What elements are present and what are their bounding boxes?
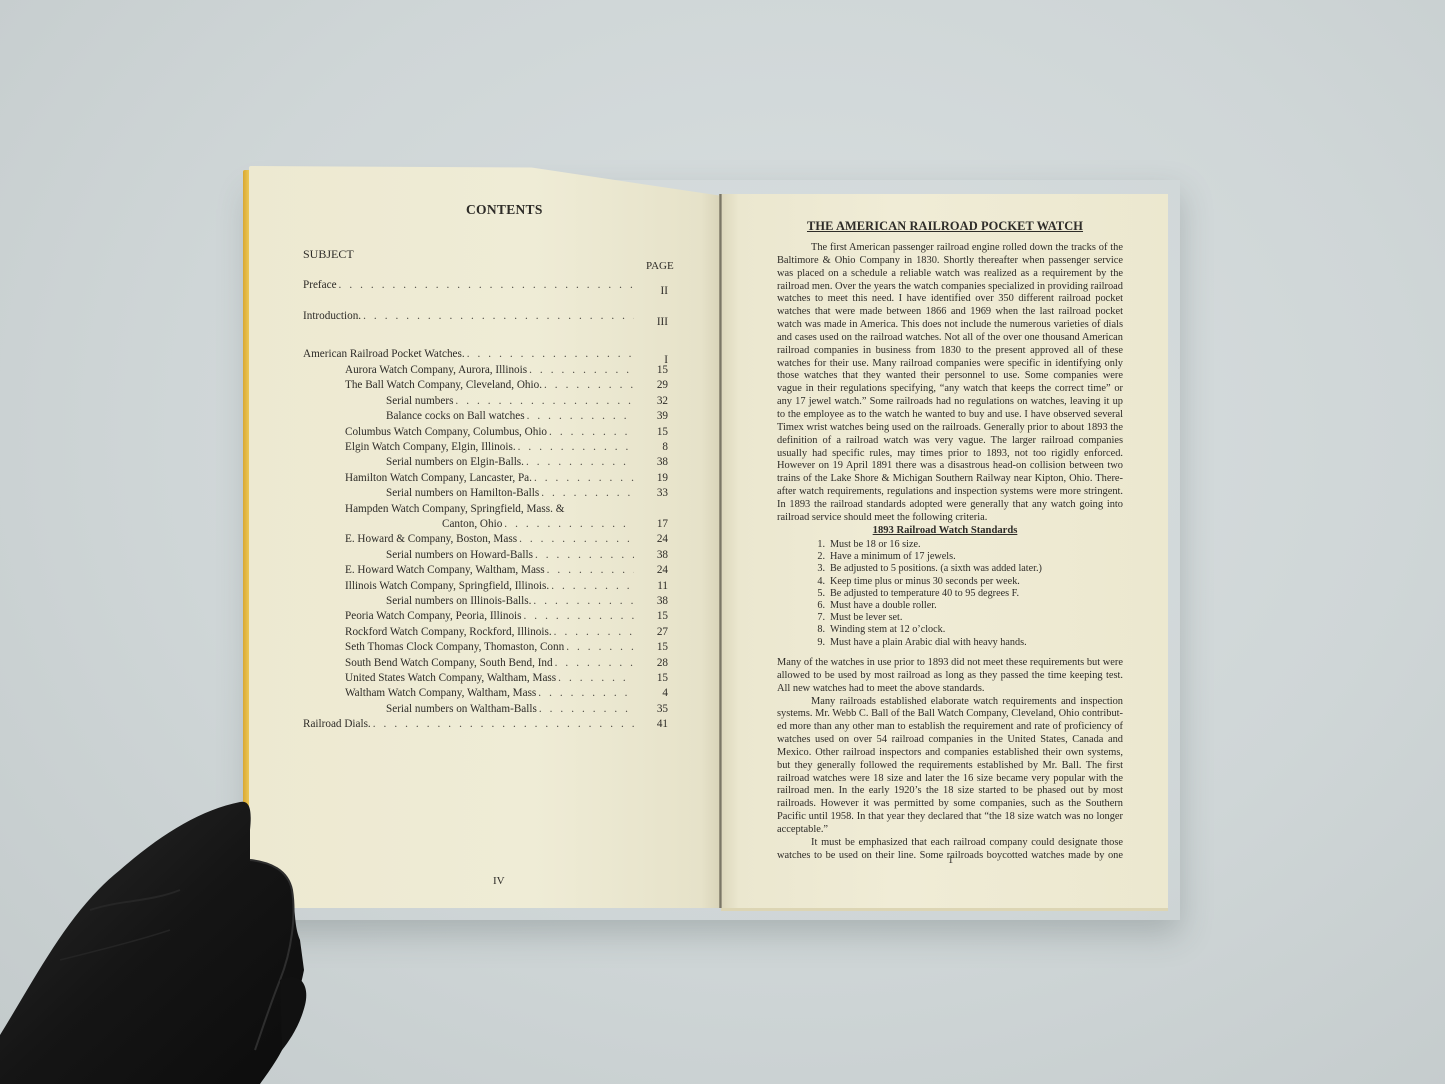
toc-entry-label: Introduction. xyxy=(303,310,361,323)
toc-entry: Serial numbers on Waltham-Balls . . . . … xyxy=(386,703,634,716)
toc-leader-dots: . . . . . . . . . . . . . . . . . . . . … xyxy=(534,472,634,485)
toc-entry: Serial numbers on Howard-Balls . . . . .… xyxy=(386,549,634,562)
toc-entry-page: 15 xyxy=(638,364,668,377)
toc-entry-page: 15 xyxy=(638,426,668,439)
toc-entry: Serial numbers on Illinois-Balls. . . . … xyxy=(386,595,634,608)
toc-entry: American Railroad Pocket Watches. . . . … xyxy=(303,348,634,361)
subject-column-header: SUBJECT xyxy=(303,247,354,262)
toc-entry-label: Rockford Watch Company, Rockford, Illino… xyxy=(345,626,552,639)
toc-entry-label: Aurora Watch Company, Aurora, Illinois xyxy=(345,364,527,377)
toc-entry-page: 8 xyxy=(638,441,668,454)
toc-entry-label: Serial numbers on Howard-Balls xyxy=(386,549,533,562)
toc-entry-label: Seth Thomas Clock Company, Thomaston, Co… xyxy=(345,641,564,654)
right-page-number: 1 xyxy=(948,855,953,866)
toc-entry-page: 27 xyxy=(638,626,668,639)
paragraph-ball: Many railroads established elaborate wat… xyxy=(777,696,1123,837)
toc-entry-page: 38 xyxy=(638,595,668,608)
toc-entry-label: Balance cocks on Ball watches xyxy=(386,410,525,423)
toc-leader-dots: . . . . . . . . . . . . . . . . . . . . … xyxy=(544,379,634,392)
toc-entry-label: United States Watch Company, Waltham, Ma… xyxy=(345,672,556,685)
toc-entry: South Bend Watch Company, South Bend, In… xyxy=(345,657,634,670)
standard-text: Winding stem at 12 o’clock. xyxy=(830,624,945,635)
toc-entry-page: 29 xyxy=(638,379,668,392)
standard-item: 7.Must be lever set. xyxy=(813,612,1042,624)
standard-number: 6. xyxy=(813,600,825,612)
standard-text: Have a minimum of 17 jewels. xyxy=(830,551,956,562)
standard-item: 8.Winding stem at 12 o’clock. xyxy=(813,624,1042,636)
standard-number: 5. xyxy=(813,588,825,600)
standard-number: 8. xyxy=(813,624,825,636)
toc-entry-label: Serial numbers on Elgin-Balls. xyxy=(386,456,524,469)
paragraph-after-list: Many of the watches in use prior to 1893… xyxy=(777,657,1123,696)
toc-entry: The Ball Watch Company, Cleveland, Ohio.… xyxy=(345,379,634,392)
toc-entry: Seth Thomas Clock Company, Thomaston, Co… xyxy=(345,641,634,654)
standard-text: Keep time plus or minus 30 seconds per w… xyxy=(830,576,1020,587)
article-title: THE AMERICAN RAILROAD POCKET WATCH xyxy=(760,219,1130,234)
toc-entry: Canton, Ohio . . . . . . . . . . . . . .… xyxy=(442,518,634,531)
toc-entry: Waltham Watch Company, Waltham, Mass . .… xyxy=(345,687,634,700)
toc-entry-page: 4 xyxy=(638,687,668,700)
toc-leader-dots: . . . . . . . . . . . . . . . . . . . . … xyxy=(527,410,634,423)
toc-entry-page: 38 xyxy=(638,456,668,469)
contents-heading: CONTENTS xyxy=(466,202,536,218)
toc-entry: Balance cocks on Ball watches . . . . . … xyxy=(386,410,634,423)
toc-entry: Illinois Watch Company, Springfield, Ill… xyxy=(345,580,634,593)
standard-number: 4. xyxy=(813,576,825,588)
standard-item: 6.Must have a double roller. xyxy=(813,600,1042,612)
toc-leader-dots: . . . . . . . . . . . . . . . . . . . . … xyxy=(339,279,634,292)
toc-entry: E. Howard & Company, Boston, Mass . . . … xyxy=(345,533,634,546)
toc-leader-dots: . . . . . . . . . . . . . . . . . . . . … xyxy=(535,549,634,562)
toc-entry-page: 28 xyxy=(638,657,668,670)
toc-entry-page: 15 xyxy=(638,610,668,623)
toc-entry: Serial numbers . . . . . . . . . . . . .… xyxy=(386,395,634,408)
toc-entry-label: Columbus Watch Company, Columbus, Ohio xyxy=(345,426,547,439)
toc-entry: Rockford Watch Company, Rockford, Illino… xyxy=(345,626,634,639)
toc-entry-label: Waltham Watch Company, Waltham, Mass xyxy=(345,687,536,700)
toc-entry: Elgin Watch Company, Elgin, Illinois. . … xyxy=(345,441,634,454)
toc-entry-label: Hampden Watch Company, Springfield, Mass… xyxy=(345,503,564,516)
toc-entry-page: 41 xyxy=(638,718,668,731)
book-gutter xyxy=(719,194,722,908)
standard-item: 5.Be adjusted to temperature 40 to 95 de… xyxy=(813,588,1042,600)
toc-entry-page: 39 xyxy=(638,410,668,423)
toc-entry: Peoria Watch Company, Peoria, Illinois .… xyxy=(345,610,634,623)
toc-leader-dots: . . . . . . . . . . . . . . . . . . . . … xyxy=(541,487,634,500)
toc-leader-dots: . . . . . . . . . . . . . . . . . . . . … xyxy=(555,657,634,670)
toc-leader-dots: . . . . . . . . . . . . . . . . . . . . … xyxy=(529,364,634,377)
toc-entry-label: The Ball Watch Company, Cleveland, Ohio. xyxy=(345,379,542,392)
toc-entry-label: Hamilton Watch Company, Lancaster, Pa. xyxy=(345,472,532,485)
toc-leader-dots: . . . . . . . . . . . . . . . . . . . . … xyxy=(526,456,634,469)
toc-entry-label: Elgin Watch Company, Elgin, Illinois. xyxy=(345,441,516,454)
toc-entry: Introduction. . . . . . . . . . . . . . … xyxy=(303,310,634,323)
toc-entry-label: South Bend Watch Company, South Bend, In… xyxy=(345,657,553,670)
toc-leader-dots: . . . . . . . . . . . . . . . . . . . . … xyxy=(551,580,634,593)
toc-entry: Columbus Watch Company, Columbus, Ohio .… xyxy=(345,426,634,439)
standard-item: 1.Must be 18 or 16 size. xyxy=(813,539,1042,551)
toc-leader-dots: . . . . . . . . . . . . . . . . . . . . … xyxy=(524,610,634,623)
toc-entry: Serial numbers on Elgin-Balls. . . . . .… xyxy=(386,456,634,469)
intro-paragraph: The first American passenger railroad en… xyxy=(777,242,1123,525)
toc-entry: E. Howard Watch Company, Waltham, Mass .… xyxy=(345,564,634,577)
article-continuation: Many of the watches in use prior to 1893… xyxy=(777,657,1123,863)
toc-entry-page: 19 xyxy=(638,472,668,485)
standard-item: 2.Have a minimum of 17 jewels. xyxy=(813,551,1042,563)
toc-entry-label: Peoria Watch Company, Peoria, Illinois xyxy=(345,610,522,623)
toc-entry-label: Illinois Watch Company, Springfield, Ill… xyxy=(345,580,549,593)
toc-entry-label: Serial numbers on Waltham-Balls xyxy=(386,703,537,716)
standard-number: 9. xyxy=(813,637,825,649)
standard-item: 3.Be adjusted to 5 positions. (a sixth w… xyxy=(813,563,1042,575)
toc-leader-dots: . . . . . . . . . . . . . . . . . . . . … xyxy=(538,687,634,700)
standard-item: 9.Must have a plain Arabic dial with hea… xyxy=(813,637,1042,649)
standard-item: 4.Keep time plus or minus 30 seconds per… xyxy=(813,576,1042,588)
toc-entry-label: Canton, Ohio xyxy=(442,518,502,531)
standards-title: 1893 Railroad Watch Standards xyxy=(760,525,1130,536)
toc-entry-label: Serial numbers xyxy=(386,395,453,408)
toc-entry-label: Serial numbers on Hamilton-Balls xyxy=(386,487,539,500)
toc-entry: Railroad Dials. . . . . . . . . . . . . … xyxy=(303,718,634,731)
toc-entry-page: 15 xyxy=(638,672,668,685)
standard-text: Must be lever set. xyxy=(830,612,902,623)
toc-entry-page: 24 xyxy=(638,564,668,577)
toc-leader-dots: . . . . . . . . . . . . . . . . . . . . … xyxy=(539,703,634,716)
toc-entry: United States Watch Company, Waltham, Ma… xyxy=(345,672,634,685)
toc-entry-page: 33 xyxy=(638,487,668,500)
toc-entry: Serial numbers on Hamilton-Balls . . . .… xyxy=(386,487,634,500)
toc-entry: Hampden Watch Company, Springfield, Mass… xyxy=(345,503,634,516)
toc-entry-page: II xyxy=(638,285,668,298)
toc-entry-label: Railroad Dials. xyxy=(303,718,371,731)
toc-entry: Preface . . . . . . . . . . . . . . . . … xyxy=(303,279,634,292)
toc-entry-page: 32 xyxy=(638,395,668,408)
toc-leader-dots: . . . . . . . . . . . . . . . . . . . . … xyxy=(558,672,634,685)
toc-entry-page: 11 xyxy=(638,580,668,593)
toc-leader-dots: . . . . . . . . . . . . . . . . . . . . … xyxy=(363,310,634,323)
left-page-number: IV xyxy=(493,875,505,887)
page-column-header: PAGE xyxy=(646,260,674,272)
toc-entry-label: E. Howard & Company, Boston, Mass xyxy=(345,533,517,546)
toc-leader-dots: . . . . . . . . . . . . . . . . . . . . … xyxy=(519,533,634,546)
toc-entry-label: Serial numbers on Illinois-Balls. xyxy=(386,595,531,608)
toc-leader-dots: . . . . . . . . . . . . . . . . . . . . … xyxy=(554,626,634,639)
toc-entry-label: American Railroad Pocket Watches. xyxy=(303,348,465,361)
toc-leader-dots: . . . . . . . . . . . . . . . . . . . . … xyxy=(373,718,634,731)
toc-leader-dots: . . . . . . . . . . . . . . . . . . . . … xyxy=(566,641,634,654)
standard-number: 2. xyxy=(813,551,825,563)
toc-entry: Hamilton Watch Company, Lancaster, Pa. .… xyxy=(345,472,634,485)
toc-entry: Aurora Watch Company, Aurora, Illinois .… xyxy=(345,364,634,377)
standard-text: Be adjusted to 5 positions. (a sixth was… xyxy=(830,563,1042,574)
toc-entry-page: 15 xyxy=(638,641,668,654)
standard-text: Be adjusted to temperature 40 to 95 degr… xyxy=(830,588,1019,599)
standards-list: 1.Must be 18 or 16 size.2.Have a minimum… xyxy=(813,539,1042,649)
toc-entry-page: III xyxy=(638,316,668,329)
standard-number: 7. xyxy=(813,612,825,624)
standard-text: Must have a double roller. xyxy=(830,600,937,611)
standard-text: Must have a plain Arabic dial with heavy… xyxy=(830,637,1027,648)
standard-text: Must be 18 or 16 size. xyxy=(830,539,921,550)
toc-entry-label: Preface xyxy=(303,279,337,292)
toc-leader-dots: . . . . . . . . . . . . . . . . . . . . … xyxy=(533,595,634,608)
standard-number: 3. xyxy=(813,563,825,575)
article-intro: The first American passenger railroad en… xyxy=(777,242,1123,525)
toc-entry-page: 35 xyxy=(638,703,668,716)
toc-leader-dots: . . . . . . . . . . . . . . . . . . . . … xyxy=(455,395,634,408)
toc-entry-label: E. Howard Watch Company, Waltham, Mass xyxy=(345,564,545,577)
toc-entry-page: 38 xyxy=(638,549,668,562)
toc-leader-dots: . . . . . . . . . . . . . . . . . . . . … xyxy=(547,564,634,577)
toc-leader-dots: . . . . . . . . . . . . . . . . . . . . … xyxy=(467,348,634,361)
toc-entry-page: 24 xyxy=(638,533,668,546)
standard-number: 1. xyxy=(813,539,825,551)
toc-leader-dots: . . . . . . . . . . . . . . . . . . . . … xyxy=(504,518,634,531)
toc-entry-page: 17 xyxy=(638,518,668,531)
toc-leader-dots: . . . . . . . . . . . . . . . . . . . . … xyxy=(549,426,634,439)
toc-leader-dots: . . . . . . . . . . . . . . . . . . . . … xyxy=(518,441,634,454)
